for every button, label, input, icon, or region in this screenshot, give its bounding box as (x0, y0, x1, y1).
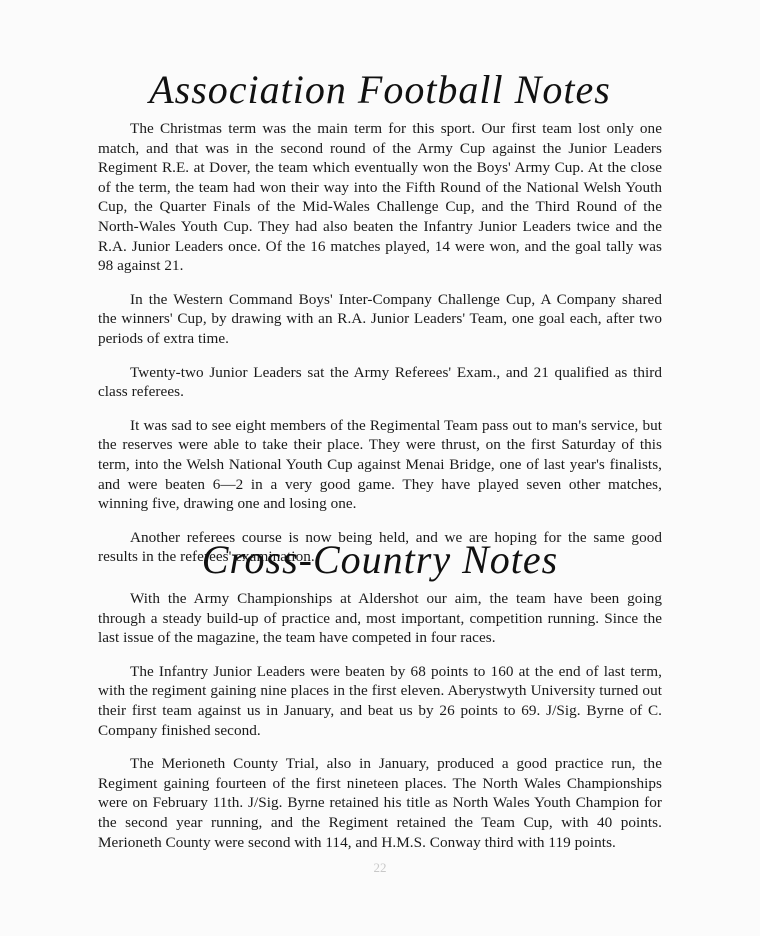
cross-country-paragraph-2: The Infantry Junior Leaders were beaten … (98, 662, 662, 740)
cross-country-paragraph-1: With the Army Championships at Aldershot… (98, 589, 662, 648)
cross-country-section-title: Cross-Country Notes (98, 532, 662, 588)
football-paragraph-4: It was sad to see eight members of the R… (98, 416, 662, 514)
football-paragraph-2: In the Western Command Boys' Inter-Compa… (98, 290, 662, 349)
football-paragraph-3: Twenty-two Junior Leaders sat the Army R… (98, 363, 662, 402)
football-paragraph-1: The Christmas term was the main term for… (98, 119, 662, 276)
page-number: 22 (98, 860, 662, 876)
cross-country-paragraph-3: The Merioneth County Trial, also in Janu… (98, 754, 662, 852)
cross-country-section-body: With the Army Championships at Aldershot… (98, 589, 662, 866)
football-section-title: Association Football Notes (98, 62, 662, 118)
football-section-body: The Christmas term was the main term for… (98, 119, 662, 581)
